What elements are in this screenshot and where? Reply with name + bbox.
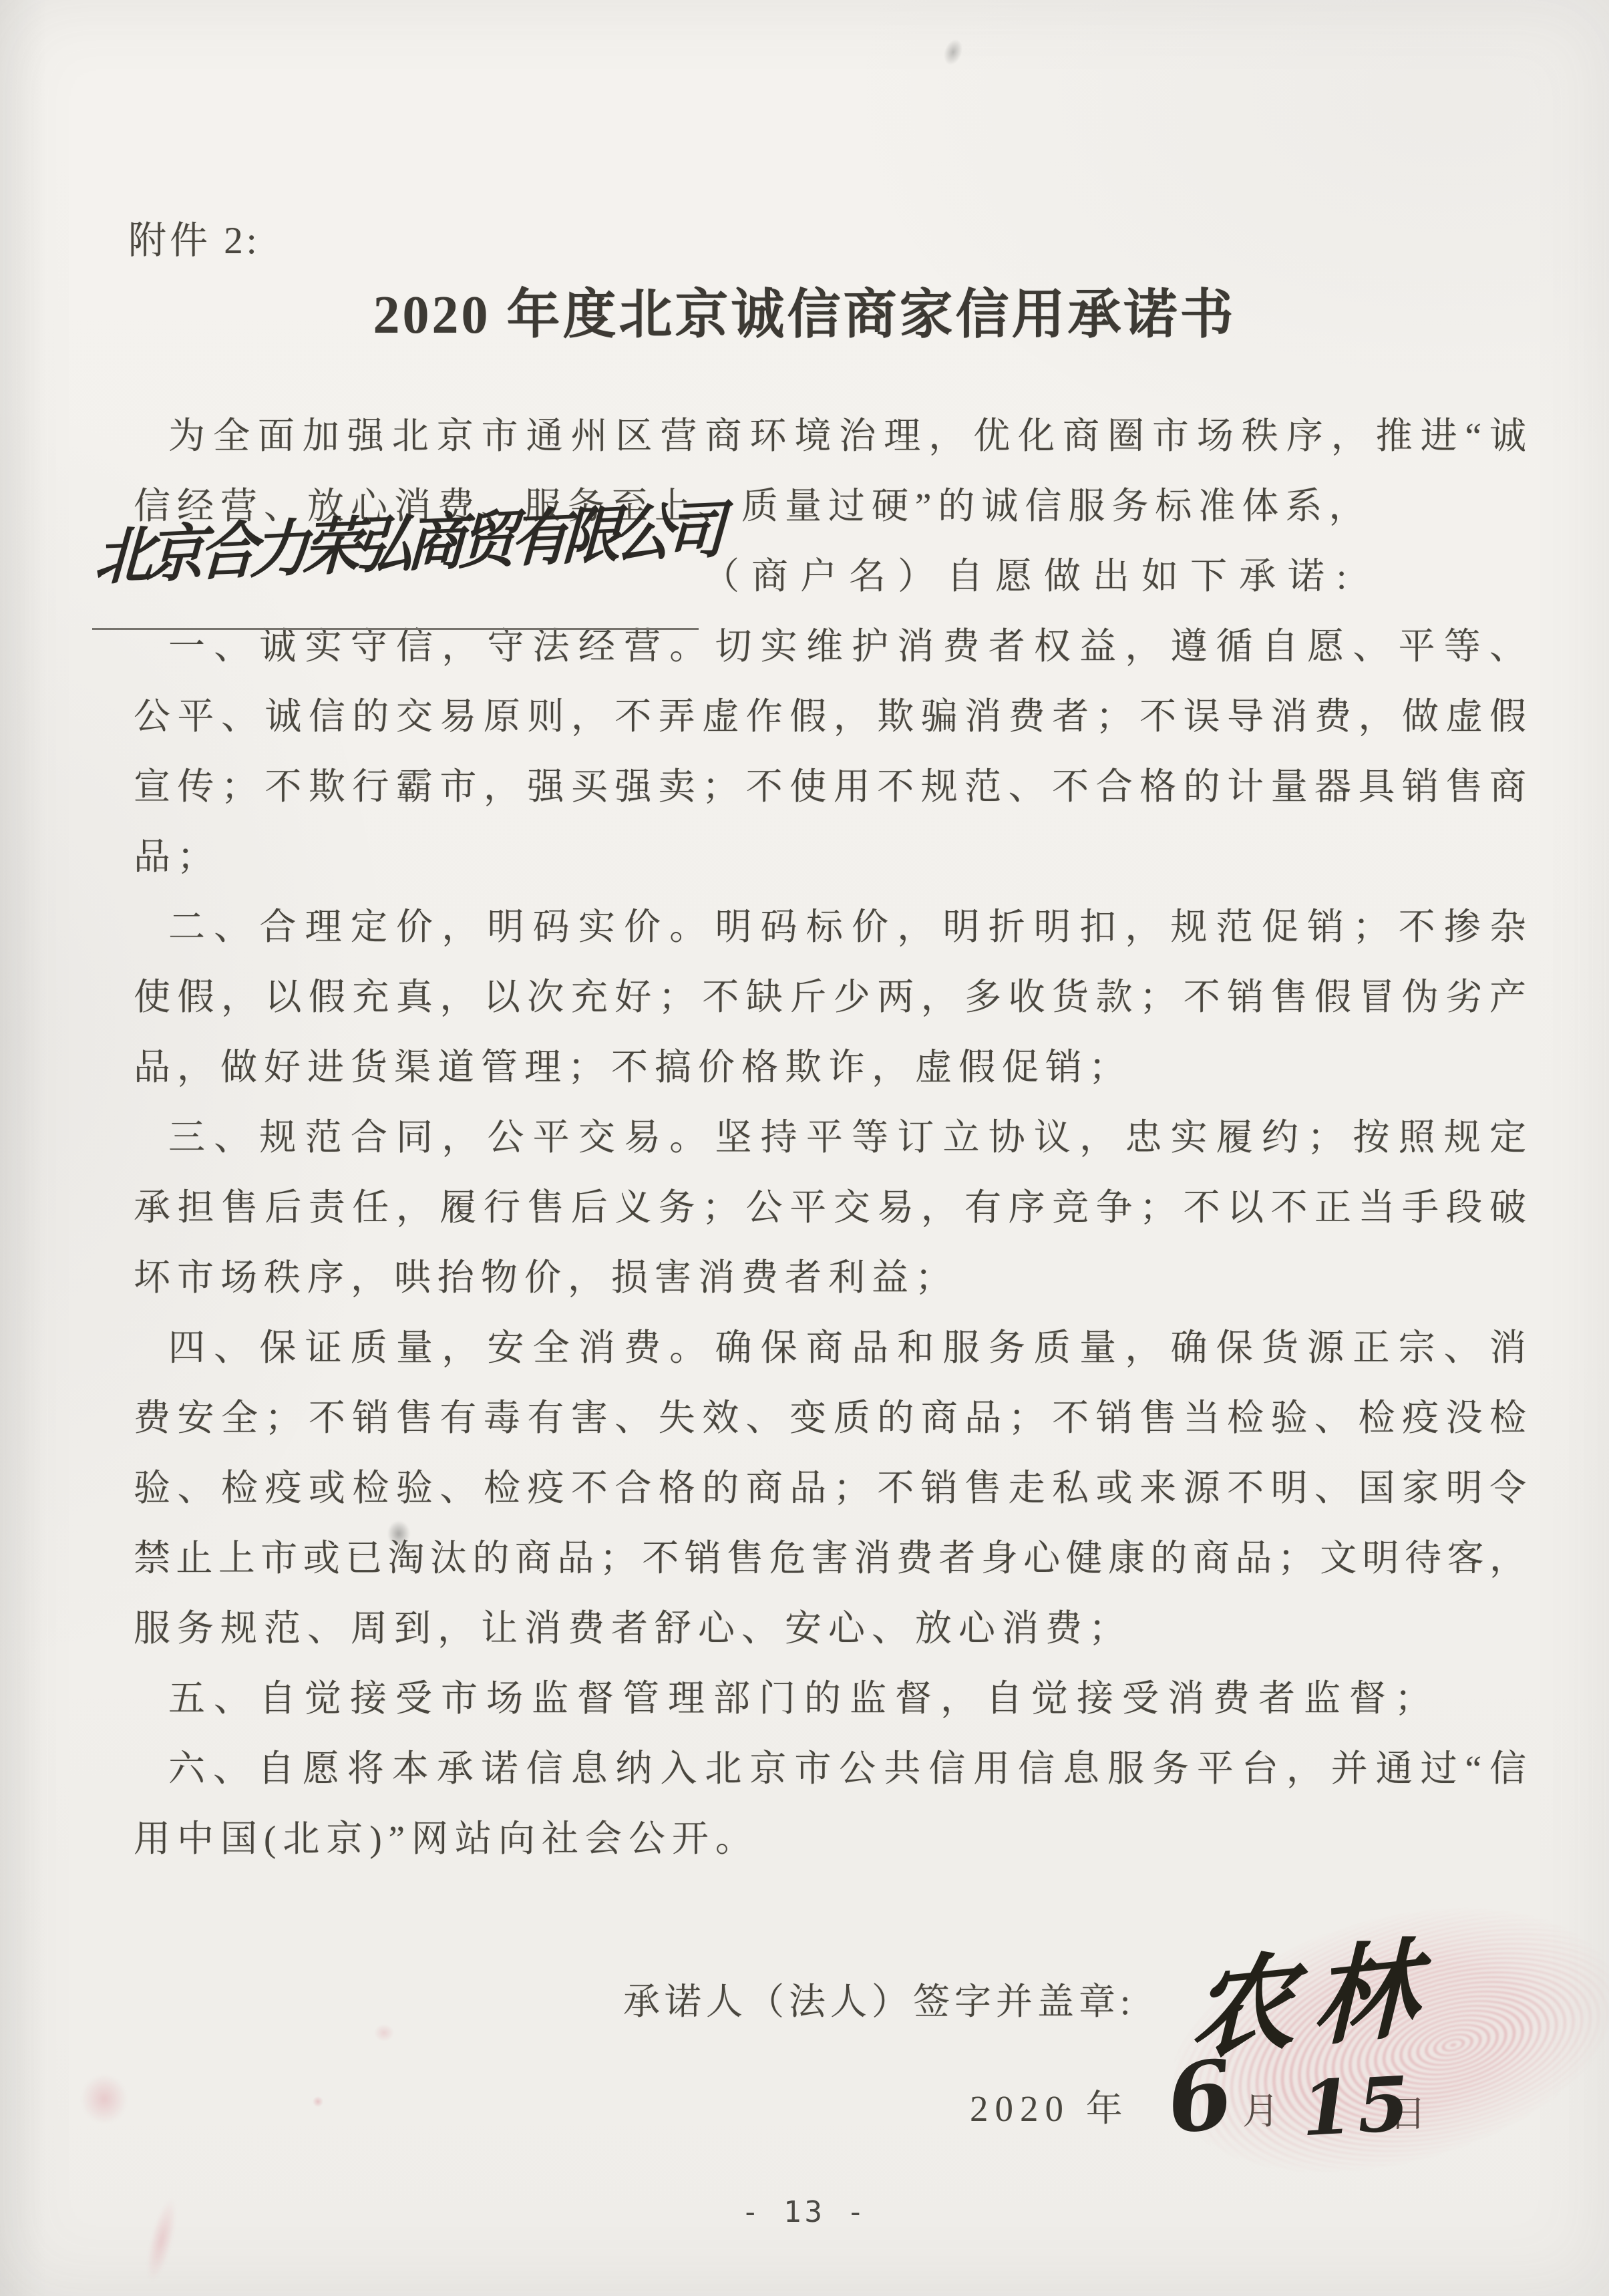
scan-smudge xyxy=(940,37,966,67)
page-number: - 13 - xyxy=(0,2195,1609,2229)
body-line: 四、保证质量，安全消费。确保商品和服务质量，确保货源正宗、消 xyxy=(134,1313,1526,1383)
handwritten-day: 15 xyxy=(1299,2060,1415,2154)
body-line: 用中国(北京)”网站向社会公开。 xyxy=(134,1804,1526,1874)
body-line: 验、检疫或检验、检疫不合格的商品；不销售走私或来源不明、国家明令 xyxy=(134,1453,1526,1523)
date-year-printed: 2020 年 xyxy=(970,2079,1129,2132)
body-line: 三、规范合同，公平交易。坚持平等订立协议，忠实履约；按照规定 xyxy=(134,1102,1526,1172)
merchant-name-underline xyxy=(92,628,699,630)
body-line: 公平、诚信的交易原则，不弄虚作假，欺骗消费者；不误导消费，做虚假 xyxy=(134,681,1526,752)
ink-smudge xyxy=(313,2096,323,2107)
ink-smudge xyxy=(374,2024,394,2041)
signature-line-label: 承诺人（法人）签字并盖章: xyxy=(623,1972,1135,2025)
attachment-label: 附件 2: xyxy=(128,210,260,265)
body-line: 坏市场秩序，哄抬物价，损害消费者利益； xyxy=(134,1243,1526,1313)
scanned-document-page: { "document": { "attachment_label": "附件 … xyxy=(0,0,1609,2296)
body-line: 宣传；不欺行霸市，强买强卖；不使用不规范、不合格的计量器具销售商 xyxy=(134,752,1526,822)
body-line: 承担售后责任，履行售后义务；公平交易，有序竞争；不以不正当手段破 xyxy=(134,1172,1526,1243)
body-line: 使假，以假充真，以次充好；不缺斤少两，多收货款；不销售假冒伪劣产 xyxy=(134,962,1526,1032)
body-line: 二、合理定价，明码实价。明码标价，明折明扣，规范促销；不掺杂 xyxy=(134,892,1526,962)
body-line: 品； xyxy=(134,822,1526,892)
body-line: 服务规范、周到，让消费者舒心、安心、放心消费； xyxy=(134,1593,1526,1663)
merchant-name-line: 北京合力荣弘商贸有限公司 （商户名）自愿做出如下承诺: xyxy=(134,541,1526,611)
ink-smudge xyxy=(72,2064,136,2134)
body-line: 为全面加强北京市通州区营商环境治理，优化商圈市场秩序，推进“诚 xyxy=(134,401,1526,471)
handwritten-month: 6 xyxy=(1161,2039,1239,2156)
merchant-line-printed-text: （商户名）自愿做出如下承诺: xyxy=(703,541,1359,611)
body-line: 一、诚实守信，守法经营。切实维护消费者权益，遵循自愿、平等、 xyxy=(134,611,1526,681)
body-line: 禁止上市或已淘汰的商品；不销售危害消费者身心健康的商品；文明待客， xyxy=(134,1523,1526,1593)
document-title: 2020 年度北京诚信商家信用承诺书 xyxy=(0,271,1609,348)
body-line: 六、自愿将本承诺信息纳入北京市公共信用信息服务平台，并通过“信 xyxy=(134,1734,1526,1804)
body-line: 品，做好进货渠道管理；不搞价格欺诈，虚假促销； xyxy=(134,1032,1526,1102)
body-line: 费安全；不销售有毒有害、失效、变质的商品；不销售当检验、检疫没检 xyxy=(134,1383,1526,1453)
body-line: 五、自觉接受市场监督管理部门的监督，自觉接受消费者监督； xyxy=(134,1663,1526,1734)
document-body: 为全面加强北京市通州区营商环境治理，优化商圈市场秩序，推进“诚 信经营、放心消费… xyxy=(134,401,1526,1874)
